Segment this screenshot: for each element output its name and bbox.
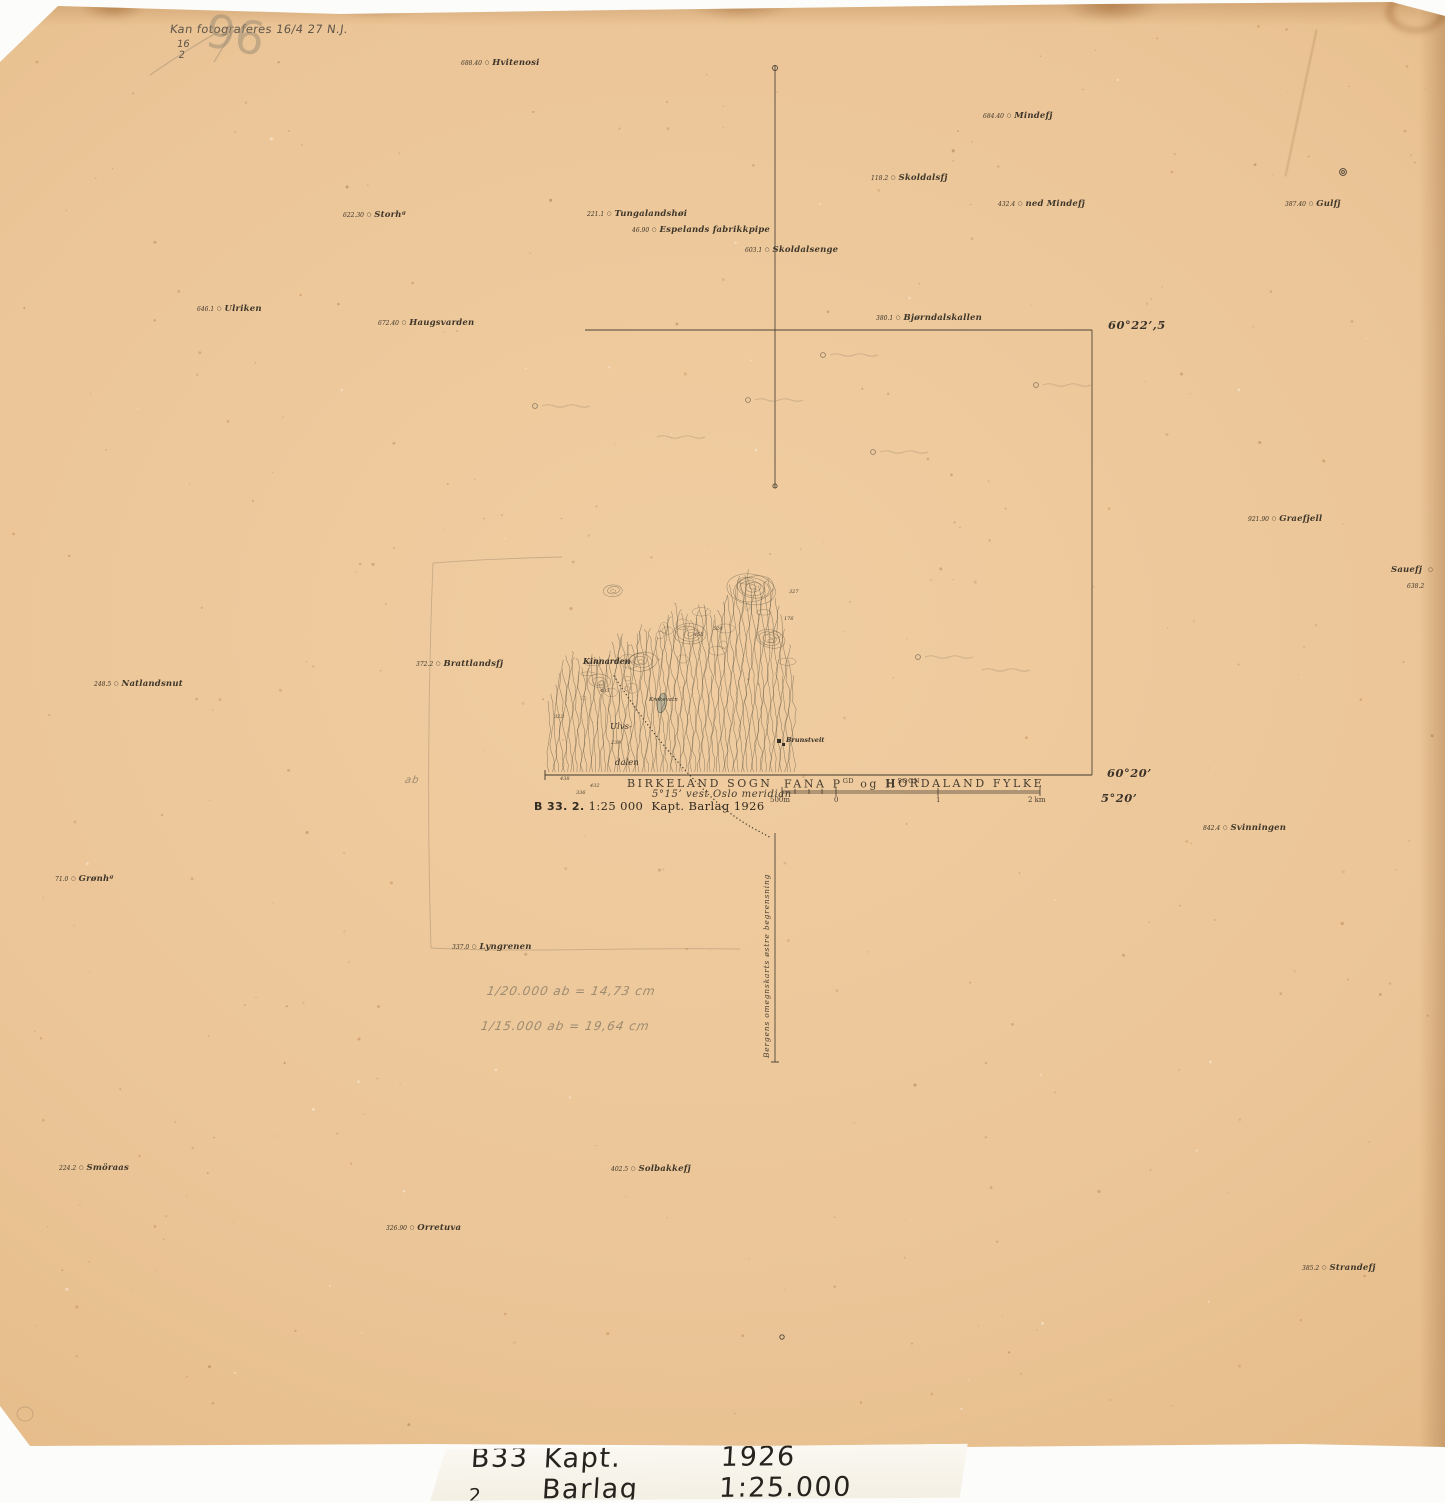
point-name: Mindefj xyxy=(1014,111,1052,121)
point-name: Skoldalsfj xyxy=(898,173,947,183)
point-label: 622.30 ○ Storhᵍ xyxy=(343,204,406,220)
point-label: 221.1 ○ Tungalandshøi xyxy=(587,203,687,219)
point-label: 326.90 ○ Orretuva xyxy=(386,1217,461,1233)
tape-sheet-number: B33 2 xyxy=(468,1442,545,1503)
spot-height: 432 xyxy=(590,784,600,789)
point-label: 337.0 ○ Lyngrenen xyxy=(452,936,532,952)
point-name: Brattlandsfj xyxy=(443,659,503,669)
scalebar-label: 1 xyxy=(936,797,940,804)
point-name: Gulfj xyxy=(1316,199,1340,209)
point-circle-icon: ○ xyxy=(628,1166,638,1172)
spot-height: 455 xyxy=(694,633,704,638)
label-layer: 688.40 ○ Hvitenosi684.40 ○ Mindefj118.2 … xyxy=(0,0,1445,1503)
point-elevation: 326.90 xyxy=(386,1225,407,1232)
point-name: Lyngrenen xyxy=(479,942,531,952)
spot-height: 336 xyxy=(576,791,586,796)
point-label: 603.1 ○ Skoldalsenge xyxy=(745,239,838,255)
spot-height: 239 xyxy=(611,741,621,746)
map-place-label: Kinnarden xyxy=(583,657,631,665)
spot-height: 520 xyxy=(713,627,723,632)
point-elevation: 224.2 xyxy=(59,1165,76,1172)
point-elevation: 672.40 xyxy=(378,320,399,327)
point-label: 385.2 ○ Strandefj xyxy=(1302,1257,1376,1273)
point-elevation: 402.5 xyxy=(611,1166,628,1173)
paper-speckle xyxy=(29,10,31,12)
point-name: Solbakkefj xyxy=(638,1164,690,1174)
point-circle-icon: ○ xyxy=(604,211,614,217)
point-label: 71.0 ○ Grønhᵍ xyxy=(55,868,114,884)
map-place-label: Ulvs- xyxy=(610,723,632,732)
archive-label-tape: B33 2 Kapt. Barlag 1926 1:25.000 xyxy=(430,1444,968,1503)
point-circle-icon: ○ xyxy=(407,1225,417,1231)
point-name: Orretuva xyxy=(417,1223,461,1233)
point-elevation: 432.4 xyxy=(998,201,1015,208)
point-label: 372.2 ○ Brattlandsfj xyxy=(416,653,503,669)
spot-height: 322 xyxy=(554,715,564,720)
point-elevation: 921.90 xyxy=(1248,516,1269,523)
point-label: 646.1 ○ Ulriken xyxy=(197,298,262,314)
point-circle-icon: ○ xyxy=(1427,567,1434,573)
paper-speckle xyxy=(20,31,22,33)
point-label: 46.90 ○ Espelands fabrikkpipe xyxy=(632,219,770,235)
point-label: 672.40 ○ Haugsvarden xyxy=(378,312,474,328)
point-label: 684.40 ○ Mindefj xyxy=(983,105,1053,121)
point-elevation: 622.30 xyxy=(343,212,364,219)
point-elevation: 46.90 xyxy=(632,227,649,234)
point-elevation: 638.2 xyxy=(1407,583,1424,590)
point-elevation: 118.2 xyxy=(871,175,888,182)
point-elevation: 684.40 xyxy=(983,113,1004,120)
point-circle-icon: ○ xyxy=(1015,201,1025,207)
point-name: Smöraas xyxy=(86,1163,128,1173)
point-name: Ulriken xyxy=(224,304,261,314)
point-label: 921.90 ○ Graefjell xyxy=(1248,508,1322,524)
point-circle-icon: ○ xyxy=(1004,113,1014,119)
scalebar-label: 500m xyxy=(770,797,790,804)
point-elevation: 387.40 xyxy=(1285,201,1306,208)
point-name: Svinningen xyxy=(1230,823,1286,833)
map-place-label: dalen xyxy=(615,759,639,768)
point-name: Bjørndalskallen xyxy=(903,313,982,323)
point-circle-icon: ○ xyxy=(1220,825,1230,831)
point-label: 224.2 ○ Smöraas xyxy=(59,1157,129,1173)
point-name: Storhᵍ xyxy=(374,210,406,220)
point-circle-icon: ○ xyxy=(469,944,479,950)
aged-paper: Kan fotograferes 16/4 27 N.J. 16 2 96 60… xyxy=(0,0,1445,1503)
point-name: Espelands fabrikkpipe xyxy=(659,225,770,235)
point-name: Grønhᵍ xyxy=(79,874,114,884)
point-circle-icon: ○ xyxy=(214,306,224,312)
point-circle-icon: ○ xyxy=(1306,201,1316,207)
spot-height: 438 xyxy=(560,777,570,782)
point-elevation: 248.5 xyxy=(94,681,111,688)
point-circle-icon: ○ xyxy=(364,212,374,218)
point-circle-icon: ○ xyxy=(76,1165,86,1171)
tape-year-scale: 1926 1:25.000 xyxy=(718,1440,930,1503)
point-elevation: 221.1 xyxy=(587,211,604,218)
point-label: 387.40 ○ Gulfj xyxy=(1285,193,1341,209)
point-circle-icon: ○ xyxy=(111,681,121,687)
point-name: Natlandsnut xyxy=(121,679,182,689)
point-circle-icon: ○ xyxy=(649,227,659,233)
spot-height: 433 xyxy=(600,689,610,694)
spot-height: 176 xyxy=(784,617,794,622)
map-place-label: Brunstveit xyxy=(786,737,824,744)
point-label: Sauefj ○638.2 xyxy=(1391,559,1434,591)
point-name: Tungalandshøi xyxy=(614,209,687,219)
point-circle-icon: ○ xyxy=(433,661,443,667)
point-name: Strandefj xyxy=(1329,1263,1375,1273)
point-name: Hvitenosi xyxy=(492,58,539,68)
point-label: 432.4 ○ ned Mindefj xyxy=(998,193,1085,209)
map-place-label: Krøkevatn xyxy=(649,698,678,704)
point-name: Sauefj xyxy=(1391,565,1422,575)
point-name: Graefjell xyxy=(1279,514,1322,524)
point-elevation: 337.0 xyxy=(452,944,469,951)
point-circle-icon: ○ xyxy=(68,876,78,882)
scalebar-label: 0 xyxy=(834,797,838,804)
point-circle-icon: ○ xyxy=(888,175,898,181)
point-elevation: 603.1 xyxy=(745,247,762,254)
point-circle-icon: ○ xyxy=(762,247,772,253)
point-circle-icon: ○ xyxy=(893,315,903,321)
map-sheet-scan: Kan fotograferes 16/4 27 N.J. 16 2 96 60… xyxy=(0,0,1445,1503)
scalebar-label: 2 km xyxy=(1028,797,1046,804)
point-name: ned Mindefj xyxy=(1025,199,1085,209)
point-elevation: 688.40 xyxy=(461,60,482,67)
point-circle-icon: ○ xyxy=(1319,1265,1329,1271)
point-elevation: 842.4 xyxy=(1203,825,1220,832)
point-circle-icon: ○ xyxy=(1269,516,1279,522)
point-name: Skoldalsenge xyxy=(772,245,838,255)
point-elevation: 380.1 xyxy=(876,315,893,322)
point-label: 118.2 ○ Skoldalsfj xyxy=(871,167,948,183)
point-label: 842.4 ○ Svinningen xyxy=(1203,817,1286,833)
spot-height: 327 xyxy=(789,590,799,595)
point-elevation: 646.1 xyxy=(197,306,214,313)
point-name: Haugsvarden xyxy=(409,318,474,328)
point-label: 688.40 ○ Hvitenosi xyxy=(461,52,540,68)
point-circle-icon: ○ xyxy=(482,60,492,66)
tape-author: Kapt. Barlag xyxy=(541,1442,721,1503)
point-label: 402.5 ○ Solbakkefj xyxy=(611,1158,691,1174)
point-circle-icon: ○ xyxy=(399,320,409,326)
point-label: 248.5 ○ Natlandsnut xyxy=(94,673,183,689)
point-elevation: 372.2 xyxy=(416,661,433,668)
point-elevation: 71.0 xyxy=(55,876,68,883)
point-elevation: 385.2 xyxy=(1302,1265,1319,1272)
point-label: 380.1 ○ Bjørndalskallen xyxy=(876,307,982,323)
